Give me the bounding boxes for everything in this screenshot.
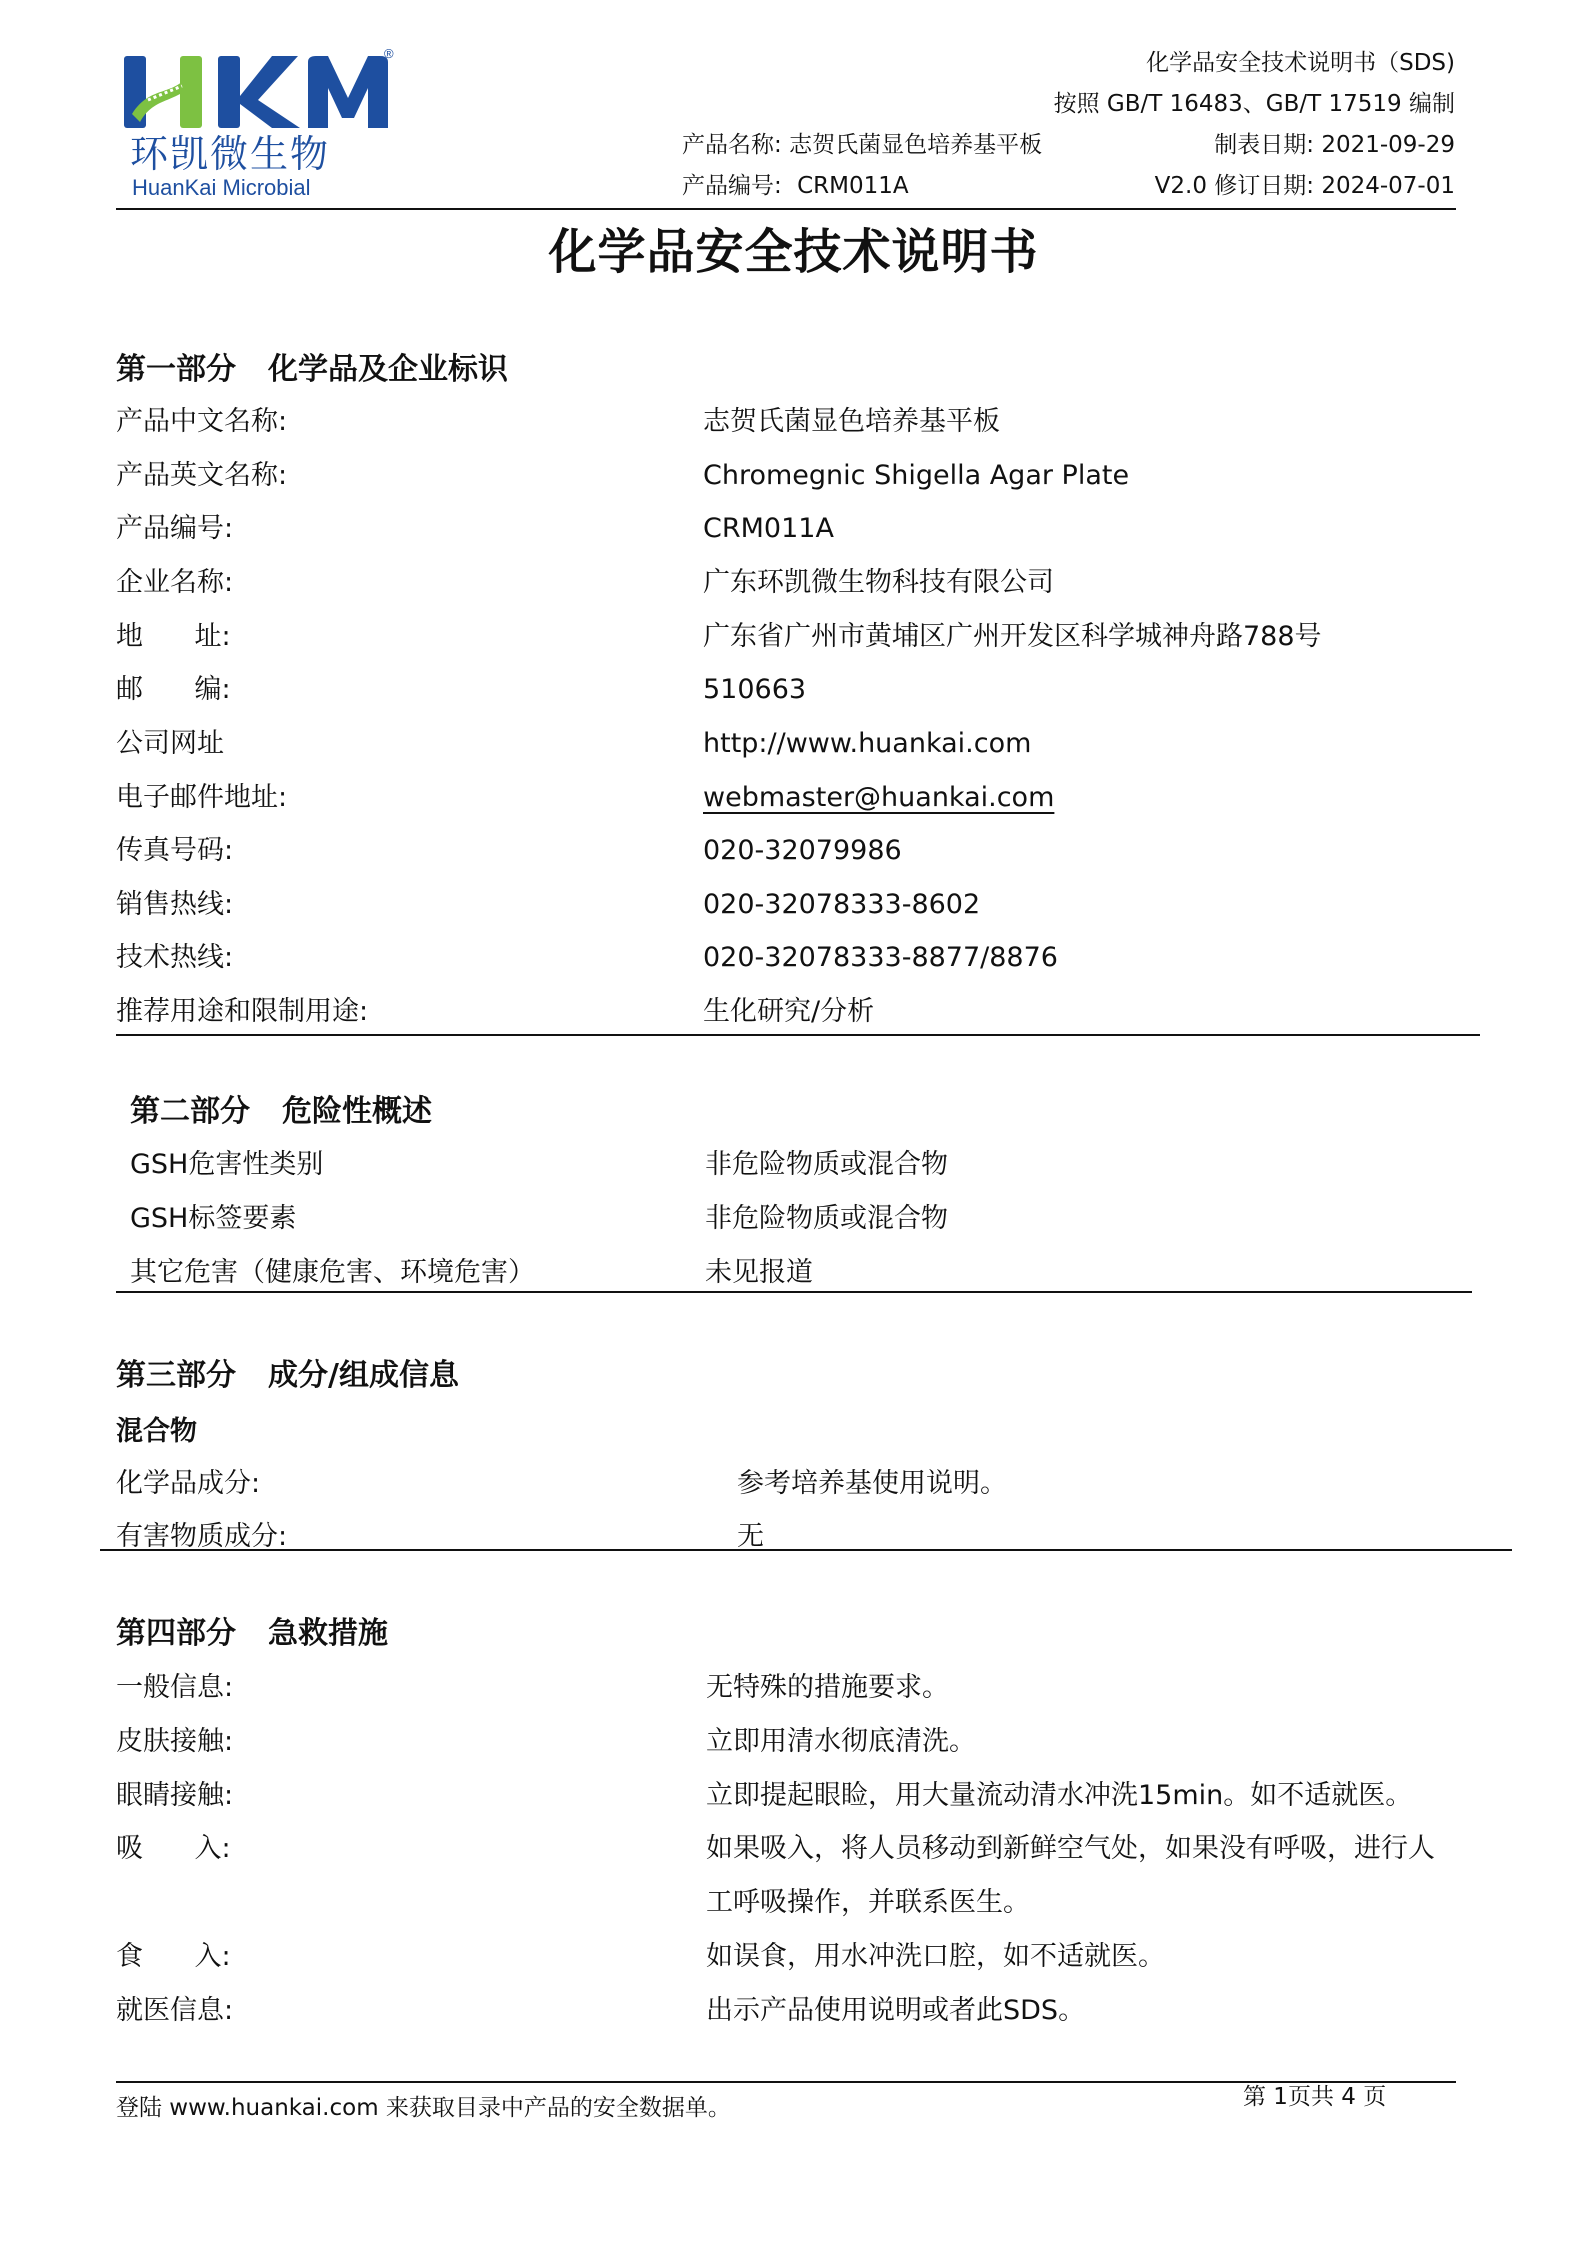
row-value: 广东环凯微生物科技有限公司 [703, 565, 1054, 601]
header-product-code-value: CRM011A [797, 173, 909, 199]
row-value: 510663 [703, 672, 806, 708]
header-product-code: 产品编号: CRM011A [682, 172, 909, 200]
section-3-title: 成分/组成信息 [268, 1358, 459, 1393]
row-value: 立即用清水彻底清洗。 [706, 1724, 976, 1760]
company-logo: ® 环凯微生物 HuanKai Microbial [122, 52, 402, 202]
row-value: 生化研究/分析 [703, 994, 874, 1030]
row-value: 如误食，用水冲洗口腔，如不适就医。 [706, 1939, 1165, 1975]
header-product-name: 产品名称: 志贺氏菌显色培养基平板 [682, 131, 1042, 159]
header-created-date: 制表日期: 2021-09-29 [1214, 131, 1455, 159]
row-value: 非危险物质或混合物 [705, 1201, 948, 1237]
row-label: 一般信息: [116, 1670, 233, 1706]
section-2-heading: 第二部分危险性概述 [130, 1092, 432, 1132]
section-1-title: 化学品及企业标识 [268, 352, 508, 387]
row-label: 产品英文名称: [116, 458, 287, 494]
section-2-divider [116, 1291, 1472, 1293]
header-product-name-label: 产品名称: [682, 132, 782, 158]
row-value-continued: 工呼吸操作，并联系医生。 [706, 1885, 1030, 1921]
header-product-code-label: 产品编号: [682, 173, 782, 199]
row-value: 如果吸入，将人员移动到新鲜空气处，如果没有呼吸，进行人 [706, 1831, 1435, 1867]
row-label: 企业名称: [116, 565, 233, 601]
page-title: 化学品安全技术说明书 [0, 222, 1587, 282]
row-value: 参考培养基使用说明。 [737, 1466, 1007, 1502]
registered-mark: ® [384, 46, 394, 61]
header-product-name-value: 志贺氏菌显色培养基平板 [789, 132, 1042, 158]
section-3-heading: 第三部分成分/组成信息 [116, 1356, 459, 1396]
row-value: 020-32079986 [703, 833, 902, 869]
row-value: 无特殊的措施要求。 [706, 1670, 949, 1706]
row-label: 地 址: [116, 619, 231, 655]
row-value: 020-32078333-8877/8876 [703, 940, 1058, 976]
row-value: 未见报道 [705, 1255, 813, 1291]
row-label: 产品编号: [116, 511, 233, 547]
row-value: CRM011A [703, 511, 834, 547]
row-label: 邮 编: [116, 672, 231, 708]
row-value: 非危险物质或混合物 [705, 1147, 948, 1183]
row-value: 出示产品使用说明或者此SDS。 [706, 1993, 1085, 2029]
row-label: 传真号码: [116, 833, 233, 869]
section-3-subheading: 混合物 [116, 1414, 197, 1450]
section-3-divider [100, 1549, 1512, 1551]
section-4-heading: 第四部分急救措施 [116, 1614, 388, 1654]
hkm-logo-mark-icon [122, 52, 392, 130]
row-label: 公司网址 [116, 726, 224, 762]
row-value: 020-32078333-8602 [703, 887, 980, 923]
header-revision: V2.0 修订日期: 2024-07-01 [1155, 172, 1455, 200]
header-doc-type: 化学品安全技术说明书（SDS) [1146, 49, 1455, 77]
row-value: 广东省广州市黄埔区广州开发区科学城神舟路788号 [703, 619, 1322, 655]
section-4-number: 第四部分 [116, 1616, 236, 1651]
section-2-number: 第二部分 [130, 1094, 250, 1129]
website-link[interactable]: http://www.huankai.com [703, 726, 1031, 762]
section-1-number: 第一部分 [116, 352, 236, 387]
section-3-number: 第三部分 [116, 1358, 236, 1393]
section-2-title: 危险性概述 [282, 1094, 432, 1129]
row-label: 食 入: [116, 1939, 231, 1975]
row-label: 产品中文名称: [116, 404, 287, 440]
row-label: GSH危害性类别 [130, 1147, 323, 1183]
email-link[interactable]: webmaster@huankai.com [703, 780, 1054, 816]
header-divider [116, 208, 1456, 210]
section-1-heading: 第一部分化学品及企业标识 [116, 350, 508, 390]
row-label: 其它危害（健康危害、环境危害） [130, 1255, 535, 1291]
row-label: 推荐用途和限制用途: [116, 994, 368, 1030]
logo-english-name: HuanKai Microbial [132, 176, 311, 200]
header-standard: 按照 GB/T 16483、GB/T 17519 编制 [1054, 90, 1455, 118]
row-label: 就医信息: [116, 1993, 233, 2029]
row-label: 电子邮件地址: [116, 780, 287, 816]
row-label: 化学品成分: [116, 1466, 260, 1502]
footer-note: 登陆 www.huankai.com 来获取目录中产品的安全数据单。 [116, 2094, 731, 2122]
row-label: 销售热线: [116, 887, 233, 923]
logo-chinese-name: 环凯微生物 [130, 134, 330, 174]
row-value: 志贺氏菌显色培养基平板 [703, 404, 1000, 440]
row-label: 皮肤接触: [116, 1724, 233, 1760]
row-label: 吸 入: [116, 1831, 231, 1867]
row-label: GSH标签要素 [130, 1201, 296, 1237]
page-number: 第 1页共 4 页 [1243, 2083, 1386, 2111]
section-4-title: 急救措施 [268, 1616, 388, 1651]
row-label: 技术热线: [116, 940, 233, 976]
section-1-divider [116, 1034, 1480, 1036]
row-label: 眼睛接触: [116, 1778, 233, 1814]
row-value: 立即提起眼睑，用大量流动清水冲洗15min。如不适就医。 [706, 1778, 1412, 1814]
row-value: Chromegnic Shigella Agar Plate [703, 458, 1129, 494]
